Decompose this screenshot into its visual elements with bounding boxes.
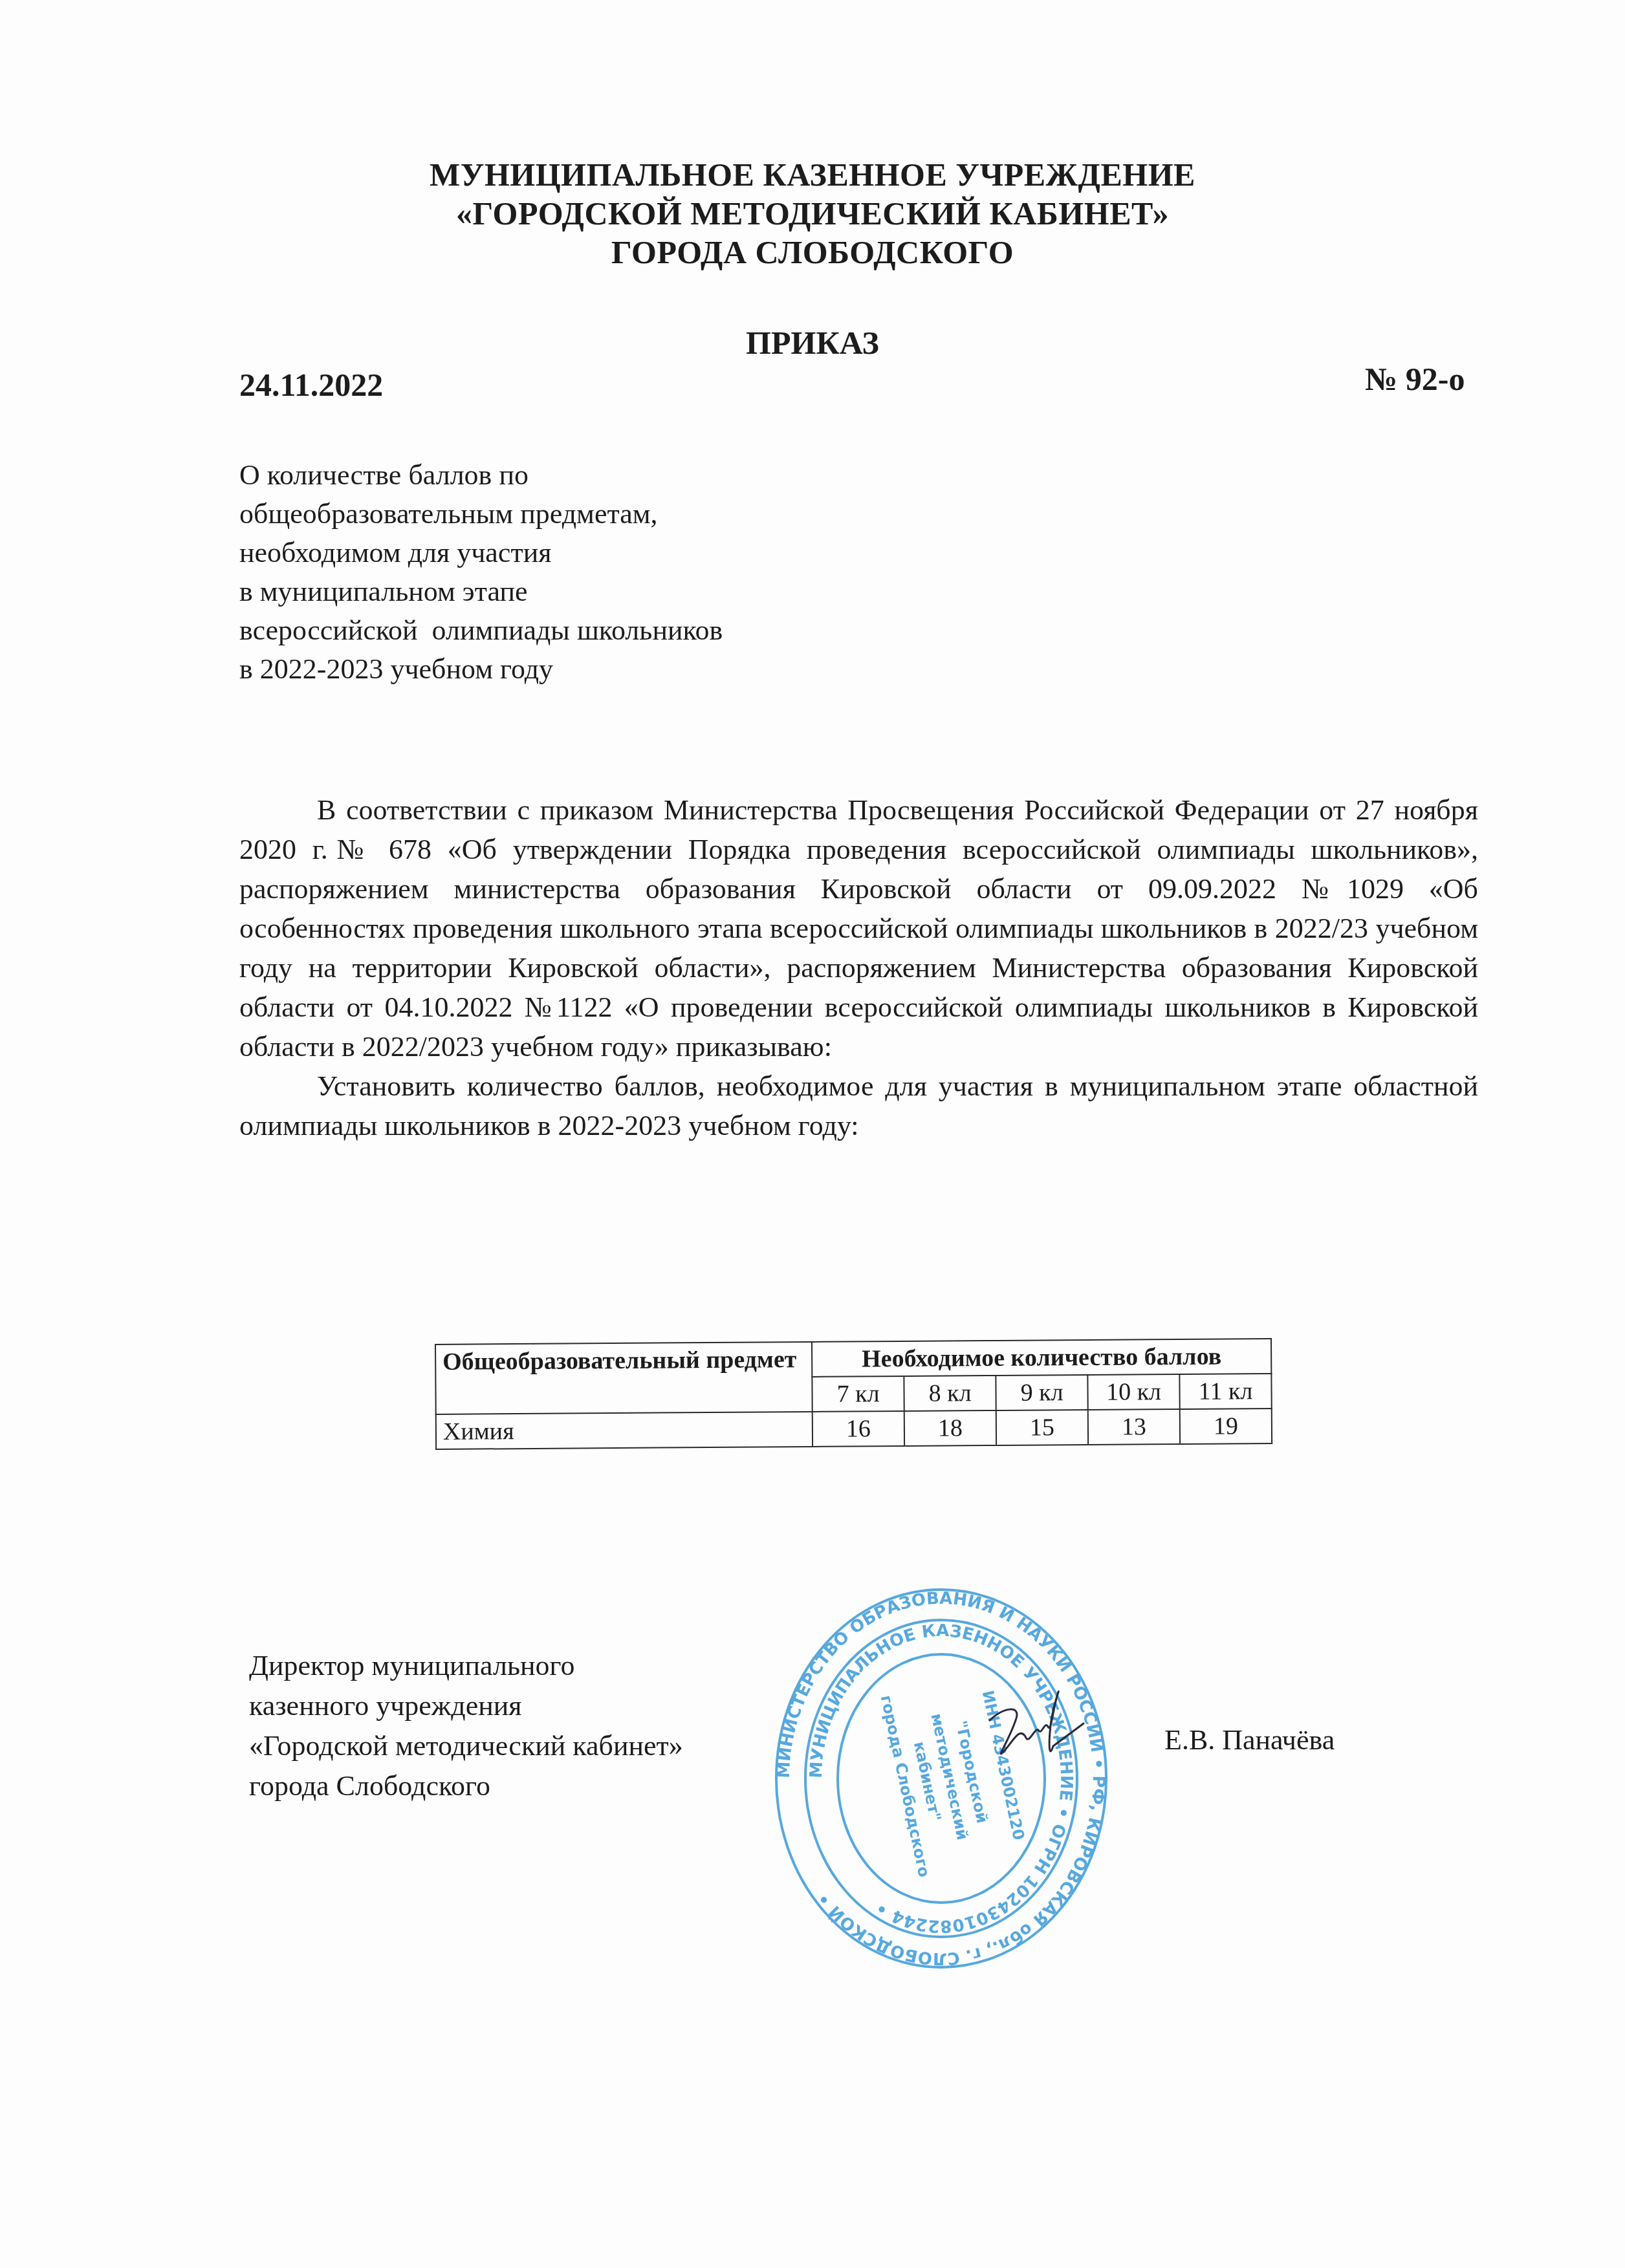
signatory-line: города Слободского [249,1766,683,1806]
order-subject: О количестве баллов по общеобразовательн… [239,456,723,689]
header-line-3: ГОРОДА СЛОБОДСКОГО [0,233,1625,272]
signatory-title: Директор муниципального казенного учрежд… [249,1646,683,1806]
subject-line: в 2022-2023 учебном году [239,650,723,689]
subject-line: всероссийской олимпиады школьников [239,611,723,650]
scores-table: Общеобразовательный предмет Необходимое … [435,1338,1272,1450]
subject-line: в муниципальном этапе [239,572,723,611]
subject-line: необходимом для участия [239,534,723,572]
score-10: 13 [1088,1409,1180,1445]
document-page: МУНИЦИПАЛЬНОЕ КАЗЕННОЕ УЧРЕЖДЕНИЕ «ГОРОД… [0,0,1625,2268]
handwritten-signature-icon [977,1681,1087,1778]
signatory-line: «Городской методический кабинет» [249,1726,683,1766]
order-date: 24.11.2022 [239,365,383,404]
header-subject: Общеобразовательный предмет [435,1342,812,1414]
score-7: 16 [812,1411,904,1447]
header-line-2: «ГОРОДСКОЙ МЕТОДИЧЕСКИЙ КАБИНЕТ» [0,194,1625,233]
header-line-1: МУНИЦИПАЛЬНОЕ КАЗЕННОЕ УЧРЕЖДЕНИЕ [0,155,1625,194]
row-subject: Химия [436,1412,812,1449]
organization-header: МУНИЦИПАЛЬНОЕ КАЗЕННОЕ УЧРЕЖДЕНИЕ «ГОРОД… [0,155,1625,272]
grade-9: 9 кл [996,1375,1087,1410]
subject-line: О количестве баллов по [239,456,723,495]
subject-line: общеобразовательным предметам, [239,495,723,534]
table-row: Химия 16 18 15 13 19 [436,1409,1272,1449]
grade-10: 10 кл [1087,1374,1179,1410]
order-body: В соответствии с приказом Министерства П… [239,790,1478,1145]
body-paragraph-preamble: В соответствии с приказом Министерства П… [239,790,1478,1066]
score-8: 18 [904,1410,996,1446]
signatory-line: казенного учреждения [249,1686,683,1726]
order-number: № 92-о [1365,360,1465,398]
table-header-row: Общеобразовательный предмет Необходимое … [435,1339,1271,1379]
grade-11: 11 кл [1179,1374,1271,1409]
signer-name: Е.В. Паначёва [1164,1720,1335,1760]
signatory-line: Директор муниципального [249,1646,683,1686]
order-title: ПРИКАЗ [0,323,1625,362]
score-9: 15 [996,1410,1088,1445]
body-paragraph-directive: Установить количество баллов, необходимо… [239,1066,1478,1145]
official-stamp-icon: МИНИСТЕРСТВО ОБРАЗОВАНИЯ И НАУКИ РОССИИ … [773,1584,1109,1972]
grade-8: 8 кл [904,1376,996,1411]
header-required-points: Необходимое количество баллов [812,1339,1271,1377]
grade-7: 7 кл [812,1376,904,1412]
score-11: 19 [1180,1409,1272,1444]
